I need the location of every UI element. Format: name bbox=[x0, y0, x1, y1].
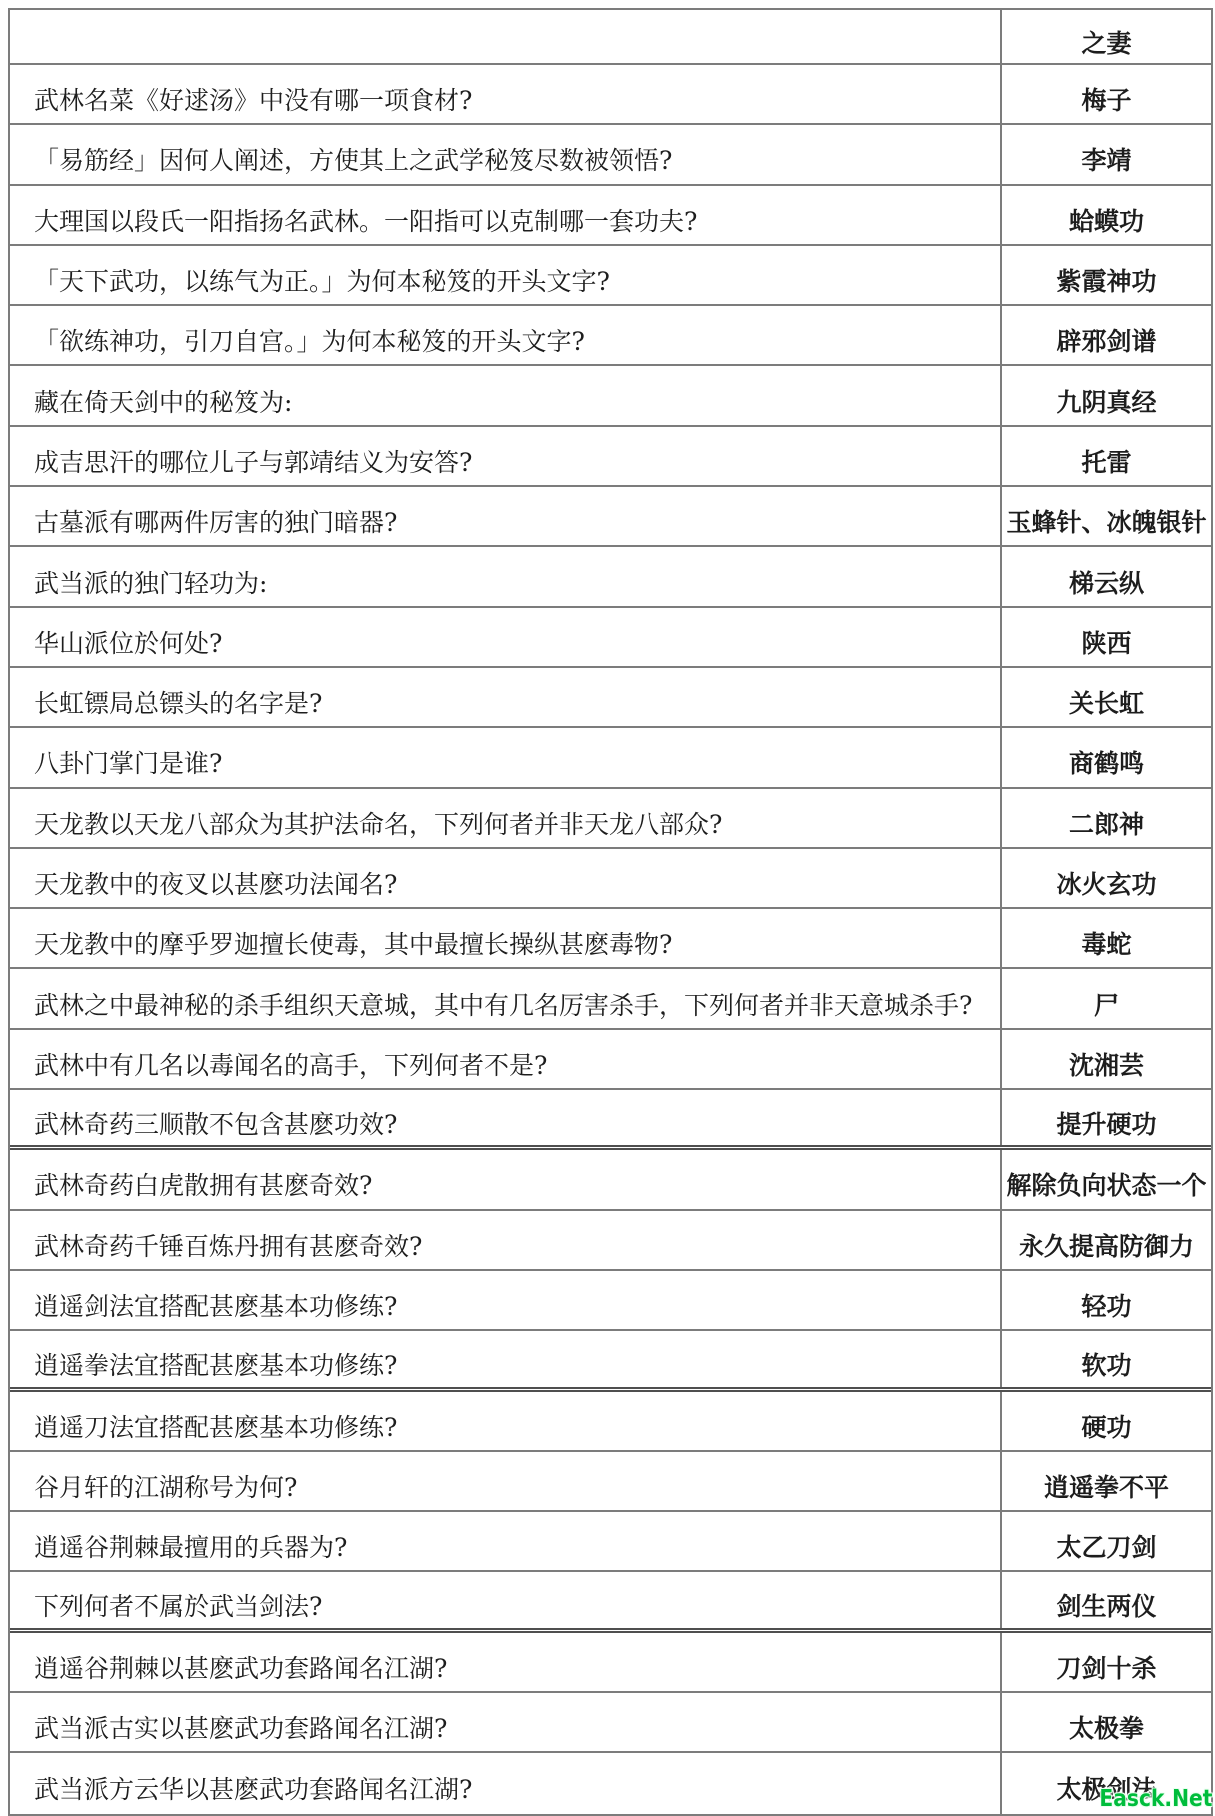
question-cell: 逍遥谷荆棘以甚麽武功套路闻名江湖? bbox=[10, 1633, 1002, 1691]
answer-cell: 之妻 bbox=[1002, 10, 1211, 63]
question-cell: 古墓派有哪两件厉害的独门暗器? bbox=[10, 487, 1002, 545]
question-cell: 天龙教中的夜叉以甚麽功法闻名? bbox=[10, 849, 1002, 907]
table-row: 武林名菜《好逑汤》中没有哪一项食材? 梅子 bbox=[10, 65, 1211, 125]
answer-cell: 李靖 bbox=[1002, 125, 1211, 183]
answer-cell: 软功 bbox=[1002, 1331, 1211, 1386]
question-cell: 天龙教中的摩乎罗迦擅长使毒，其中最擅长操纵甚麽毒物? bbox=[10, 909, 1002, 967]
question-cell: 武林中有几名以毒闻名的高手，下列何者不是? bbox=[10, 1030, 1002, 1088]
table-row: 大理国以段氏一阳指扬名武林。一阳指可以克制哪一套功夫? 蛤蟆功 bbox=[10, 186, 1211, 246]
qa-table: 之妻 武林名菜《好逑汤》中没有哪一项食材? 梅子 「易筋经」因何人阐述，方使其上… bbox=[8, 8, 1213, 1816]
question-cell: 武林之中最神秘的杀手组织天意城，其中有几名厉害杀手，下列何者并非天意城杀手? bbox=[10, 969, 1002, 1027]
question-cell: 武林奇药三顺散不包含甚麽功效? bbox=[10, 1090, 1002, 1145]
answer-cell: 蛤蟆功 bbox=[1002, 186, 1211, 244]
question-cell: 天龙教以天龙八部众为其护法命名，下列何者并非天龙八部众? bbox=[10, 789, 1002, 847]
question-cell: 逍遥拳法宜搭配甚麽基本功修练? bbox=[10, 1331, 1002, 1386]
answer-cell: 九阴真经 bbox=[1002, 366, 1211, 424]
table-row: 之妻 bbox=[10, 10, 1211, 65]
question-cell: 藏在倚天剑中的秘笈为: bbox=[10, 366, 1002, 424]
table-row: 成吉思汗的哪位儿子与郭靖结义为安答? 托雷 bbox=[10, 427, 1211, 487]
question-cell: 逍遥剑法宜搭配甚麽基本功修练? bbox=[10, 1271, 1002, 1329]
answer-cell: 玉蜂针、冰魄银针 bbox=[1002, 487, 1211, 545]
table-row: 逍遥谷荆棘以甚麽武功套路闻名江湖? 刀剑十杀 bbox=[10, 1633, 1211, 1693]
question-cell: 谷月轩的江湖称号为何? bbox=[10, 1452, 1002, 1510]
question-cell: 「欲练神功，引刀自宫。」为何本秘笈的开头文字? bbox=[10, 306, 1002, 364]
question-cell: 武林名菜《好逑汤》中没有哪一项食材? bbox=[10, 65, 1002, 123]
table-row: 武当派的独门轻功为: 梯云纵 bbox=[10, 547, 1211, 607]
answer-cell: 二郎神 bbox=[1002, 789, 1211, 847]
question-cell: 华山派位於何处? bbox=[10, 608, 1002, 666]
table-row: 古墓派有哪两件厉害的独门暗器? 玉蜂针、冰魄银针 bbox=[10, 487, 1211, 547]
table-row: 八卦门掌门是谁? 商鹤鸣 bbox=[10, 728, 1211, 788]
question-cell: 武林奇药白虎散拥有甚麽奇效? bbox=[10, 1150, 1002, 1208]
answer-cell: 剑生两仪 bbox=[1002, 1572, 1211, 1627]
answer-cell: 太极拳 bbox=[1002, 1693, 1211, 1751]
answer-cell: 托雷 bbox=[1002, 427, 1211, 485]
question-cell: 下列何者不属於武当剑法? bbox=[10, 1572, 1002, 1627]
watermark: Easck.Net bbox=[1099, 1786, 1212, 1812]
answer-cell: 太乙刀剑 bbox=[1002, 1512, 1211, 1570]
question-cell bbox=[10, 10, 1002, 63]
question-cell: 大理国以段氏一阳指扬名武林。一阳指可以克制哪一套功夫? bbox=[10, 186, 1002, 244]
table-row: 下列何者不属於武当剑法? 剑生两仪 bbox=[10, 1572, 1211, 1632]
table-row: 武当派方云华以甚麽武功套路闻名江湖? 太极剑法 bbox=[10, 1753, 1211, 1813]
table-row: 武当派古实以甚麽武功套路闻名江湖? 太极拳 bbox=[10, 1693, 1211, 1753]
question-cell: 武当派古实以甚麽武功套路闻名江湖? bbox=[10, 1693, 1002, 1751]
table-row: 逍遥剑法宜搭配甚麽基本功修练? 轻功 bbox=[10, 1271, 1211, 1331]
answer-cell: 刀剑十杀 bbox=[1002, 1633, 1211, 1691]
table-row: 天龙教中的摩乎罗迦擅长使毒，其中最擅长操纵甚麽毒物? 毒蛇 bbox=[10, 909, 1211, 969]
answer-cell: 沈湘芸 bbox=[1002, 1030, 1211, 1088]
answer-cell: 商鹤鸣 bbox=[1002, 728, 1211, 786]
question-cell: 成吉思汗的哪位儿子与郭靖结义为安答? bbox=[10, 427, 1002, 485]
table-row: 逍遥刀法宜搭配甚麽基本功修练? 硬功 bbox=[10, 1392, 1211, 1452]
answer-cell: 轻功 bbox=[1002, 1271, 1211, 1329]
table-row: 「欲练神功，引刀自宫。」为何本秘笈的开头文字? 辟邪剑谱 bbox=[10, 306, 1211, 366]
table-row: 武林奇药白虎散拥有甚麽奇效? 解除负向状态一个 bbox=[10, 1150, 1211, 1210]
table-row: 武林之中最神秘的杀手组织天意城，其中有几名厉害杀手，下列何者并非天意城杀手? 尸 bbox=[10, 969, 1211, 1029]
answer-cell: 梯云纵 bbox=[1002, 547, 1211, 605]
answer-cell: 逍遥拳不平 bbox=[1002, 1452, 1211, 1510]
answer-cell: 紫霞神功 bbox=[1002, 246, 1211, 304]
question-cell: 「天下武功，以练气为正。」为何本秘笈的开头文字? bbox=[10, 246, 1002, 304]
question-cell: 武林奇药千锤百炼丹拥有甚麽奇效? bbox=[10, 1211, 1002, 1269]
answer-cell: 提升硬功 bbox=[1002, 1090, 1211, 1145]
question-cell: 长虹镖局总镖头的名字是? bbox=[10, 668, 1002, 726]
table-row: 华山派位於何处? 陕西 bbox=[10, 608, 1211, 668]
table-row: 天龙教以天龙八部众为其护法命名，下列何者并非天龙八部众? 二郎神 bbox=[10, 789, 1211, 849]
table-row: 武林奇药千锤百炼丹拥有甚麽奇效? 永久提高防御力 bbox=[10, 1211, 1211, 1271]
table-row: 长虹镖局总镖头的名字是? 关长虹 bbox=[10, 668, 1211, 728]
table-row: 谷月轩的江湖称号为何? 逍遥拳不平 bbox=[10, 1452, 1211, 1512]
question-cell: 武当派的独门轻功为: bbox=[10, 547, 1002, 605]
question-cell: 「易筋经」因何人阐述，方使其上之武学秘笈尽数被领悟? bbox=[10, 125, 1002, 183]
answer-cell: 尸 bbox=[1002, 969, 1211, 1027]
question-cell: 武当派方云华以甚麽武功套路闻名江湖? bbox=[10, 1753, 1002, 1813]
table-row: 逍遥拳法宜搭配甚麽基本功修练? 软功 bbox=[10, 1331, 1211, 1391]
answer-cell: 辟邪剑谱 bbox=[1002, 306, 1211, 364]
table-row: 「易筋经」因何人阐述，方使其上之武学秘笈尽数被领悟? 李靖 bbox=[10, 125, 1211, 185]
question-cell: 八卦门掌门是谁? bbox=[10, 728, 1002, 786]
table-row: 逍遥谷荆棘最擅用的兵器为? 太乙刀剑 bbox=[10, 1512, 1211, 1572]
answer-cell: 硬功 bbox=[1002, 1392, 1211, 1450]
question-cell: 逍遥谷荆棘最擅用的兵器为? bbox=[10, 1512, 1002, 1570]
answer-cell: 冰火玄功 bbox=[1002, 849, 1211, 907]
answer-cell: 解除负向状态一个 bbox=[1002, 1150, 1211, 1208]
answer-cell: 毒蛇 bbox=[1002, 909, 1211, 967]
answer-cell: 陕西 bbox=[1002, 608, 1211, 666]
table-row: 天龙教中的夜叉以甚麽功法闻名? 冰火玄功 bbox=[10, 849, 1211, 909]
table-row: 武林中有几名以毒闻名的高手，下列何者不是? 沈湘芸 bbox=[10, 1030, 1211, 1090]
answer-cell: 永久提高防御力 bbox=[1002, 1211, 1211, 1269]
table-row: 藏在倚天剑中的秘笈为: 九阴真经 bbox=[10, 366, 1211, 426]
answer-cell: 梅子 bbox=[1002, 65, 1211, 123]
table-row: 武林奇药三顺散不包含甚麽功效? 提升硬功 bbox=[10, 1090, 1211, 1150]
answer-cell: 关长虹 bbox=[1002, 668, 1211, 726]
table-row: 「天下武功，以练气为正。」为何本秘笈的开头文字? 紫霞神功 bbox=[10, 246, 1211, 306]
question-cell: 逍遥刀法宜搭配甚麽基本功修练? bbox=[10, 1392, 1002, 1450]
